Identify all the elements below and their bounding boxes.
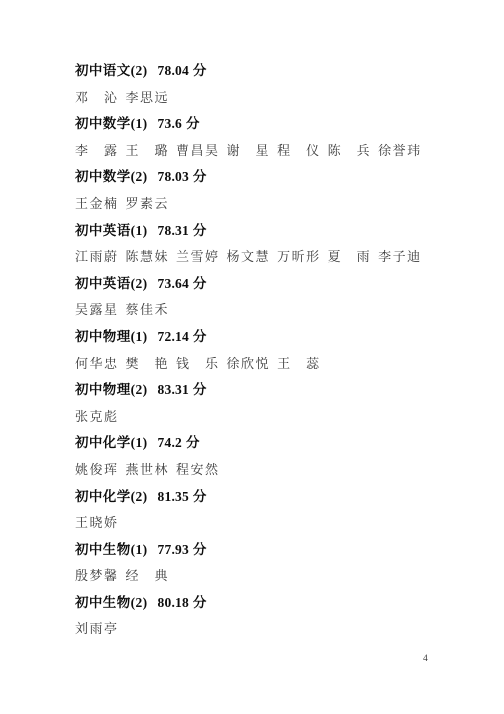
subject-line: 初中生物(1)77.93分 xyxy=(75,537,474,564)
person-name: 王金楠 xyxy=(75,196,119,211)
subject-score: 77.93 xyxy=(158,542,189,557)
score-unit: 分 xyxy=(193,276,207,291)
names-line: 李 露王 璐曹昌昊谢 星程 仪陈 兵徐誉玮 xyxy=(75,138,474,165)
person-name: 燕世林 xyxy=(126,462,170,477)
person-name: 蔡佳禾 xyxy=(126,302,170,317)
person-name: 张克彪 xyxy=(75,409,119,424)
subject-line: 初中英语(1)78.31分 xyxy=(75,218,474,245)
subject-label: 初中物理(1) xyxy=(75,329,148,344)
page-number: 4 xyxy=(423,653,428,665)
subject-score: 74.2 xyxy=(158,435,182,450)
score-unit: 分 xyxy=(193,223,207,238)
person-name: 吴露星 xyxy=(75,302,119,317)
subject-line: 初中英语(2)73.64分 xyxy=(75,271,474,298)
names-line: 吴露星蔡佳禾 xyxy=(75,297,474,324)
person-name: 程安然 xyxy=(176,462,220,477)
names-line: 王晓娇 xyxy=(75,510,474,537)
person-name: 杨文慧 xyxy=(227,249,271,264)
person-name: 兰雪婷 xyxy=(176,249,220,264)
subject-score: 78.31 xyxy=(158,223,189,238)
subject-label: 初中化学(2) xyxy=(75,489,148,504)
person-name: 王 蕊 xyxy=(277,356,321,371)
names-line: 何华忠樊 艳钱 乐徐欣悦王 蕊 xyxy=(75,351,474,378)
score-unit: 分 xyxy=(186,116,200,131)
subject-line: 初中数学(2)78.03分 xyxy=(75,164,474,191)
names-line: 王金楠罗素云 xyxy=(75,191,474,218)
person-name: 钱 乐 xyxy=(176,356,220,371)
person-name: 徐欣悦 xyxy=(227,356,271,371)
score-unit: 分 xyxy=(193,329,207,344)
person-name: 樊 艳 xyxy=(126,356,170,371)
subject-label: 初中化学(1) xyxy=(75,435,148,450)
score-unit: 分 xyxy=(193,382,207,397)
subject-label: 初中生物(1) xyxy=(75,542,148,557)
person-name: 王晓娇 xyxy=(75,515,119,530)
person-name: 李子迪 xyxy=(378,249,422,264)
subject-score: 73.6 xyxy=(158,116,182,131)
person-name: 李思远 xyxy=(126,90,170,105)
names-line: 刘雨亭 xyxy=(75,616,474,643)
names-line: 姚俊珲燕世林程安然 xyxy=(75,457,474,484)
subject-score: 73.64 xyxy=(158,276,189,291)
names-line: 江雨蔚陈慧妹兰雪婷杨文慧万昕形夏 雨李子迪 xyxy=(75,244,474,271)
subject-line: 初中物理(2)83.31分 xyxy=(75,377,474,404)
names-line: 邓 沁李思远 xyxy=(75,85,474,112)
person-name: 夏 雨 xyxy=(328,249,372,264)
subject-label: 初中物理(2) xyxy=(75,382,148,397)
subject-score: 78.04 xyxy=(158,63,189,78)
score-unit: 分 xyxy=(193,542,207,557)
subject-label: 初中英语(2) xyxy=(75,276,148,291)
score-unit: 分 xyxy=(193,595,207,610)
subject-line: 初中生物(2)80.18分 xyxy=(75,590,474,617)
subject-score: 81.35 xyxy=(158,489,189,504)
person-name: 刘雨亭 xyxy=(75,621,119,636)
score-unit: 分 xyxy=(193,489,207,504)
subject-score: 80.18 xyxy=(158,595,189,610)
person-name: 江雨蔚 xyxy=(75,249,119,264)
subject-line: 初中语文(2)78.04分 xyxy=(75,58,474,85)
subject-label: 初中数学(2) xyxy=(75,169,148,184)
subject-score: 78.03 xyxy=(158,169,189,184)
person-name: 殷梦馨 xyxy=(75,568,119,583)
score-unit: 分 xyxy=(193,63,207,78)
person-name: 曹昌昊 xyxy=(176,143,220,158)
subject-score: 72.14 xyxy=(158,329,189,344)
subject-score: 83.31 xyxy=(158,382,189,397)
subject-label: 初中英语(1) xyxy=(75,223,148,238)
person-name: 陈 兵 xyxy=(328,143,372,158)
document-page: 初中语文(2)78.04分邓 沁李思远初中数学(1)73.6分李 露王 璐曹昌昊… xyxy=(0,0,504,714)
person-name: 李 露 xyxy=(75,143,119,158)
subject-label: 初中数学(1) xyxy=(75,116,148,131)
person-name: 陈慧妹 xyxy=(126,249,170,264)
subject-line: 初中数学(1)73.6分 xyxy=(75,111,474,138)
subject-label: 初中生物(2) xyxy=(75,595,148,610)
score-unit: 分 xyxy=(186,435,200,450)
person-name: 邓 沁 xyxy=(75,90,119,105)
person-name: 罗素云 xyxy=(126,196,170,211)
person-name: 程 仪 xyxy=(277,143,321,158)
person-name: 何华忠 xyxy=(75,356,119,371)
person-name: 姚俊珲 xyxy=(75,462,119,477)
person-name: 徐誉玮 xyxy=(378,143,422,158)
person-name: 经 典 xyxy=(126,568,170,583)
person-name: 谢 星 xyxy=(227,143,271,158)
person-name: 王 璐 xyxy=(126,143,170,158)
subject-line: 初中物理(1)72.14分 xyxy=(75,324,474,351)
score-unit: 分 xyxy=(193,169,207,184)
subject-label: 初中语文(2) xyxy=(75,63,148,78)
names-line: 殷梦馨经 典 xyxy=(75,563,474,590)
names-line: 张克彪 xyxy=(75,404,474,431)
subject-line: 初中化学(2)81.35分 xyxy=(75,484,474,511)
results-list: 初中语文(2)78.04分邓 沁李思远初中数学(1)73.6分李 露王 璐曹昌昊… xyxy=(75,58,474,643)
subject-line: 初中化学(1)74.2分 xyxy=(75,430,474,457)
person-name: 万昕形 xyxy=(277,249,321,264)
